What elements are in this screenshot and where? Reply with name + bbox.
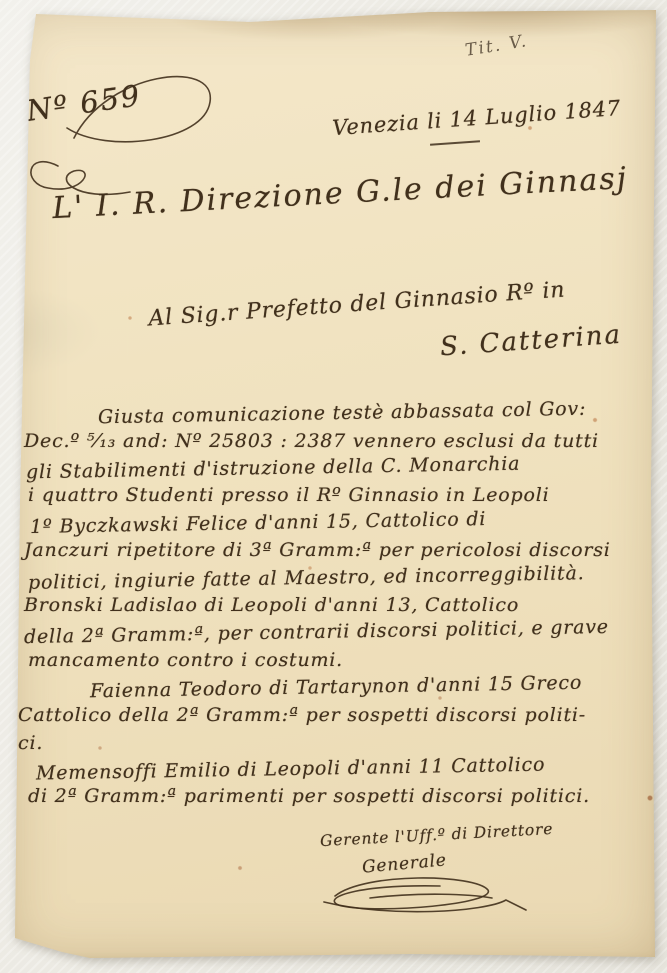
- manuscript-line: ci.: [18, 732, 43, 754]
- manuscript-line: Bronski Ladislao di Leopoli d'anni 13, C…: [24, 594, 519, 616]
- manuscript-line: Memensoffi Emilio di Leopoli d'anni 11 C…: [36, 754, 546, 785]
- paper-shadow-wrap: Tit. V. Nº 659 Venezia li 14 Luglio 1847…: [0, 0, 667, 973]
- addressee-line2: S. Catterina: [439, 320, 623, 363]
- dateline-underline: [430, 140, 480, 145]
- manuscript-line: Cattolico della 2ª Gramm:ª per sospetti …: [18, 704, 586, 726]
- manuscript-line: 1º Byczkawski Felice d'anni 15, Cattolic…: [30, 508, 487, 538]
- manuscript-line: mancamento contro i costumi.: [28, 649, 343, 671]
- manuscript-line: gli Stabilimenti d'istruzione della C. M…: [26, 453, 521, 484]
- manuscript-line: politici, ingiurie fatte al Maestro, ed …: [28, 562, 585, 594]
- scan-backdrop: Tit. V. Nº 659 Venezia li 14 Luglio 1847…: [0, 0, 667, 973]
- manuscript-line: Dec.º ⁵⁄₁₃ and: Nº 25803 : 2387 vennero …: [24, 430, 599, 452]
- manuscript-line: Faienna Teodoro di Tartarynon d'anni 15 …: [90, 672, 582, 703]
- manuscript-line: di 2ª Gramm:ª parimenti per sospetti dis…: [28, 785, 590, 807]
- archival-annotation: Tit. V.: [464, 31, 529, 61]
- signature-flourish: [310, 864, 530, 922]
- manuscript-line: Janczuri ripetitore di 3ª Gramm:ª per pe…: [24, 539, 611, 561]
- addressee-line1: Al Sig.r Prefetto del Ginnasio Rº in: [148, 277, 566, 331]
- manuscript-line: della 2ª Gramm:ª, per contrarii discorsi…: [24, 616, 609, 648]
- manuscript-line: Giusta comunicazione testè abbassata col…: [98, 398, 587, 429]
- closing-office-line: Gerente l'Uff.º di Direttore: [320, 820, 554, 850]
- dateline: Venezia li 14 Luglio 1847: [332, 96, 622, 140]
- manuscript-line: i quattro Studenti presso il Rº Ginnasio…: [28, 484, 549, 506]
- manuscript-paper: Tit. V. Nº 659 Venezia li 14 Luglio 1847…: [10, 8, 658, 960]
